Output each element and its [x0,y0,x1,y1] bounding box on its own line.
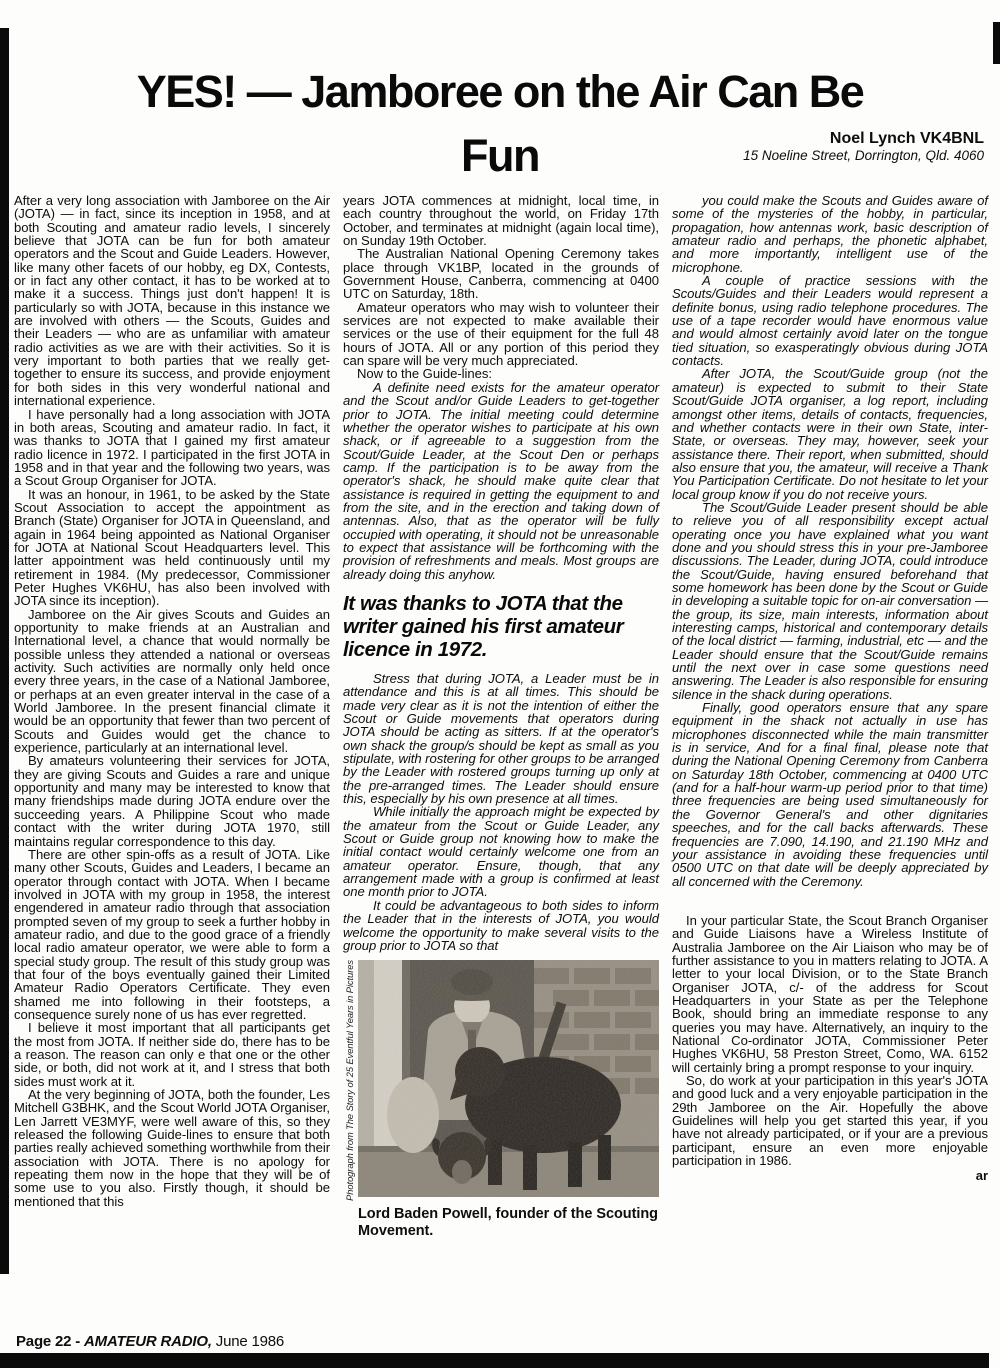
article-columns: After a very long association with Jambo… [14,194,990,1354]
end-of-article-mark: ar [672,1169,988,1182]
paragraph: I have personally had a long association… [14,408,330,488]
guideline-paragraph: After JOTA, the Scout/Guide group (not t… [672,367,988,500]
paragraph: years JOTA commences at midnight, local … [343,194,659,247]
guideline-paragraph: A couple of practice sessions with the S… [672,274,988,367]
article-header: YES! — Jamboree on the Air Can Be Fun [30,60,970,188]
paragraph: At the very beginning of JOTA, both the … [14,1088,330,1208]
photo-caption: Lord Baden Powell, founder of the Scouti… [358,1206,659,1239]
paragraph: Amateur operators who may wish to volunt… [343,301,659,368]
paragraph: So, do work at your participation in thi… [672,1074,988,1167]
footer-page-label: Page 22 - [16,1333,80,1350]
column-1: After a very long association with Jambo… [14,194,330,1354]
footer-magazine-title: AMATEUR RADIO, [84,1333,212,1350]
guideline-paragraph: A definite need exists for the amateur o… [343,381,659,581]
paragraph: Jamboree on the Air gives Scouts and Gui… [14,608,330,755]
photo-credit: Photograph from The Story of 25 Eventful… [343,960,358,1201]
paragraph: I believe it most important that all par… [14,1021,330,1088]
page-footer: Page 22 - AMATEUR RADIO, June 1986 [16,1333,284,1350]
baden-powell-photo [358,960,659,1197]
paragraph: After a very long association with Jambo… [14,194,330,408]
guideline-paragraph: you could make the Scouts and Guides awa… [672,194,988,274]
guideline-paragraph: It could be advantageous to both sides t… [343,899,659,952]
byline: Noel Lynch VK4BNL 15 Noeline Street, Dor… [743,130,984,164]
pull-quote: It was thanks to JOTA that the writer ga… [343,592,659,661]
closing-block: In your particular State, the Scout Bran… [672,914,988,1183]
paragraph: Now to the Guide-lines: [343,367,659,380]
paragraph: It was an honour, in 1961, to be asked b… [14,488,330,608]
paragraph: In your particular State, the Scout Bran… [672,914,988,1074]
article-title: YES! — Jamboree on the Air Can Be Fun [30,60,970,188]
byline-author: Noel Lynch VK4BNL [743,130,984,148]
guideline-paragraph: The Scout/Guide Leader present should be… [672,501,988,701]
column-3: you could make the Scouts and Guides awa… [672,194,988,1354]
page-edge-bottom-bar [0,1353,989,1368]
paragraph: There are other spin-offs as a result of… [14,848,330,1021]
guideline-paragraph: While initially the approach might be ex… [343,805,659,898]
guideline-paragraph: Finally, good operators ensure that any … [672,701,988,888]
paragraph: By amateurs volunteering their services … [14,754,330,847]
byline-address: 15 Noeline Street, Dorrington, Qld. 4060 [743,148,984,164]
photo-figure: Photograph from The Story of 25 Eventful… [343,960,659,1239]
page-edge-right-tick [993,22,1000,64]
column-2: years JOTA commences at midnight, local … [343,194,659,1354]
footer-issue: June 1986 [216,1333,284,1350]
page-edge-left-bar [0,28,9,1274]
paragraph: The Australian National Opening Ceremony… [343,247,659,300]
article-title-line1: YES! — Jamboree on the Air Can Be [30,60,970,124]
guideline-paragraph: Stress that during JOTA, a Leader must b… [343,672,659,805]
